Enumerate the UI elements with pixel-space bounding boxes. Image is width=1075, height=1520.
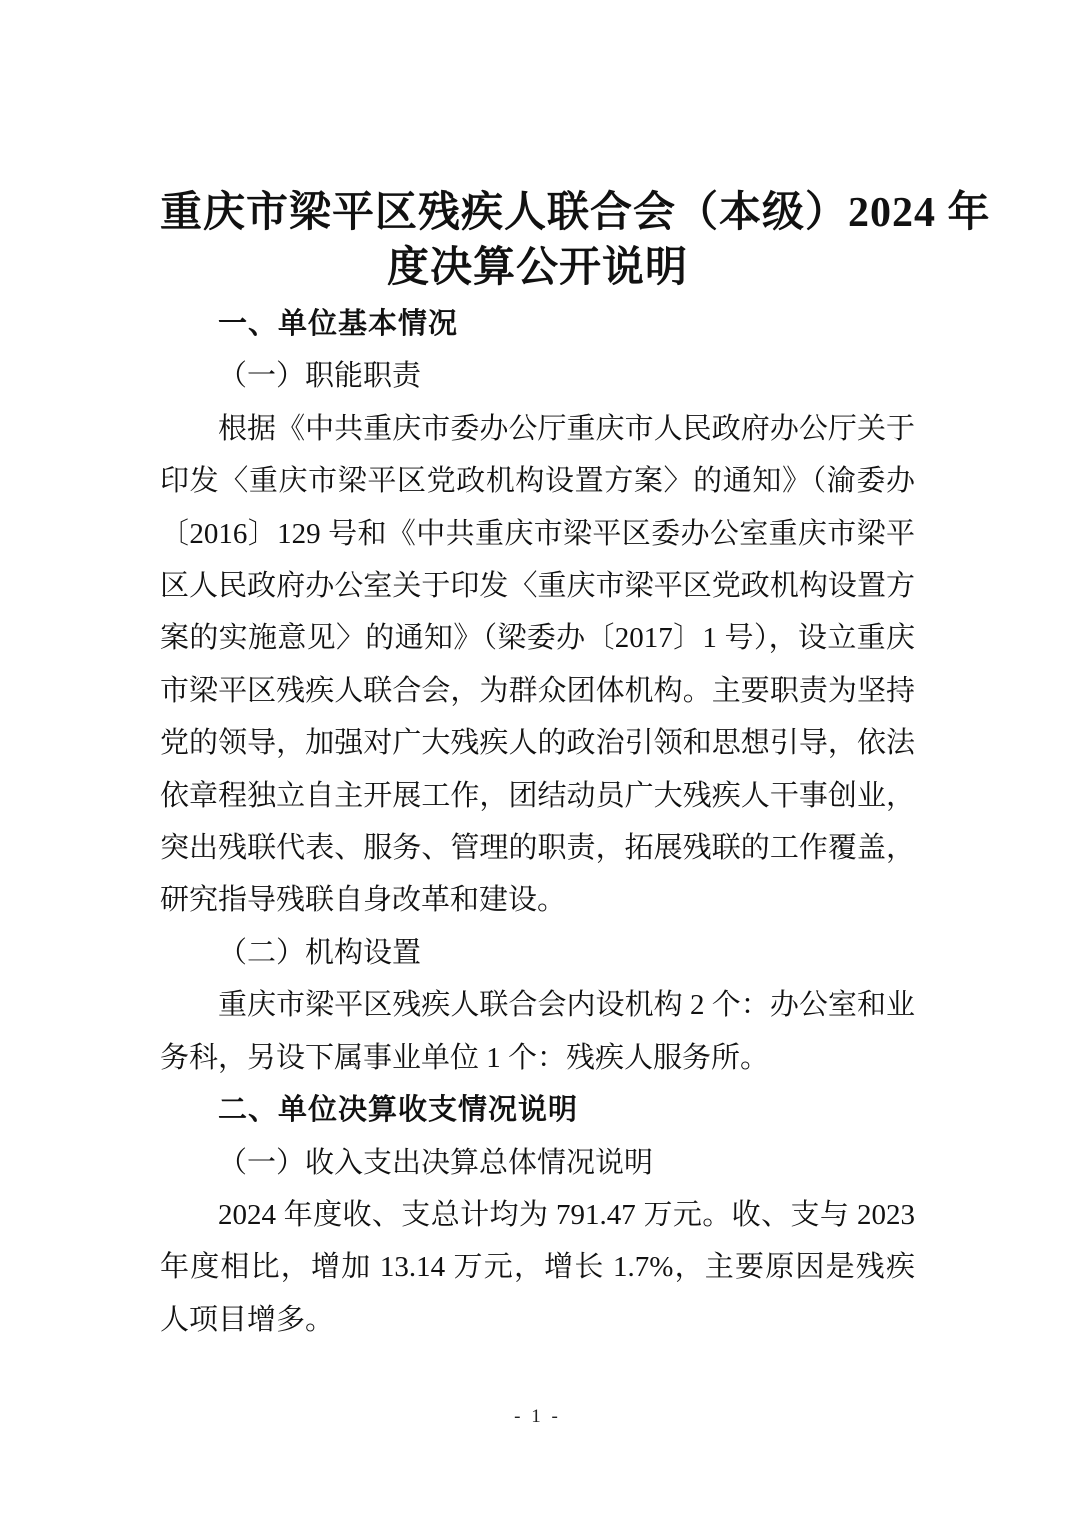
- section-heading-budget-summary: 二、单位决算收支情况说明: [160, 1084, 915, 1136]
- page-footer: - 1 -: [0, 1406, 1075, 1428]
- page-number: - 1 -: [514, 1406, 561, 1427]
- subsection-heading-org-structure: （二）机构设置: [160, 927, 915, 979]
- document-title: 重庆市梁平区残疾人联合会（本级）2024 年 度决算公开说明: [160, 186, 915, 296]
- paragraph-functions: 根据《中共重庆市委办公厅重庆市人民政府办公厅关于印发〈重庆市梁平区党政机构设置方…: [160, 403, 915, 927]
- document-title-line-2: 度决算公开说明: [160, 241, 915, 296]
- paragraph-income-expense-overview: 2024 年度收、支总计均为 791.47 万元。收、支与 2023 年度相比，…: [160, 1189, 915, 1346]
- section-heading-basic-info: 一、单位基本情况: [160, 298, 915, 350]
- paragraph-org-structure: 重庆市梁平区残疾人联合会内设机构 2 个：办公室和业务科，另设下属事业单位 1 …: [160, 979, 915, 1084]
- document-body: 一、单位基本情况 （一）职能职责 根据《中共重庆市委办公厅重庆市人民政府办公厅关…: [160, 298, 915, 1346]
- document-title-line-1: 重庆市梁平区残疾人联合会（本级）2024 年: [160, 186, 915, 241]
- subsection-heading-income-expense-overview: （一）收入支出决算总体情况说明: [160, 1137, 915, 1189]
- subsection-heading-functions: （一）职能职责: [160, 350, 915, 402]
- document-page: 重庆市梁平区残疾人联合会（本级）2024 年 度决算公开说明 一、单位基本情况 …: [0, 0, 1075, 1520]
